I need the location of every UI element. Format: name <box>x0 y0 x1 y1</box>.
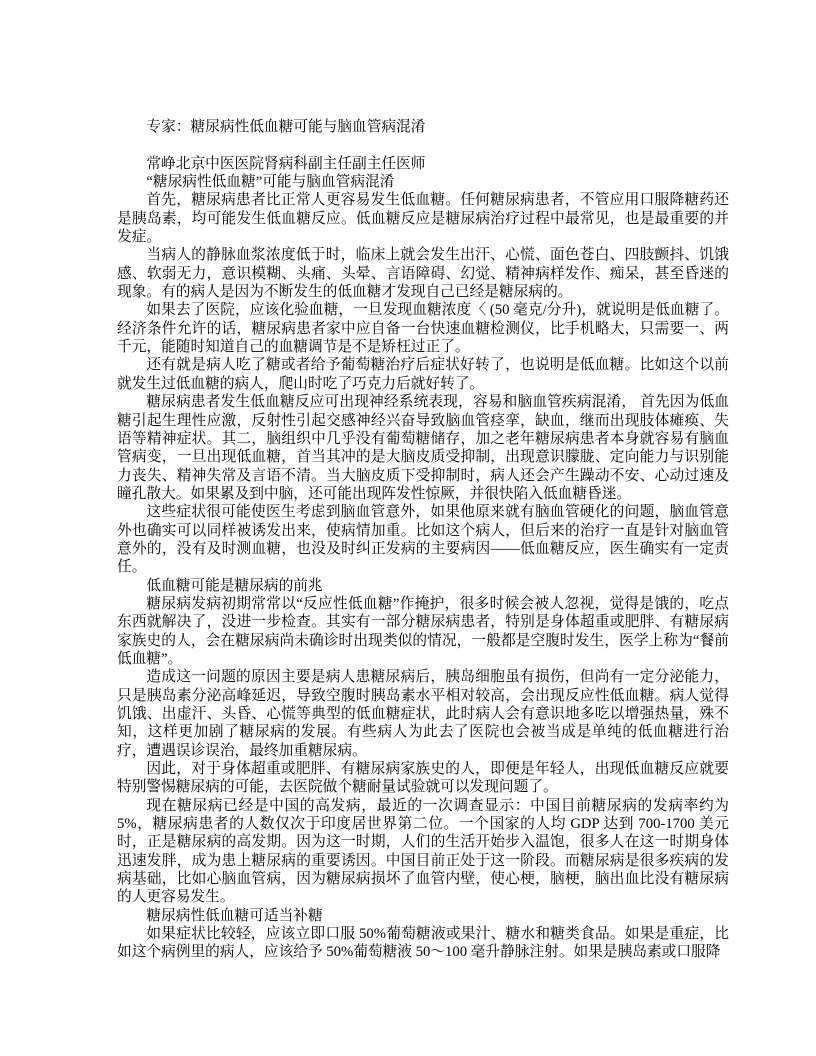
spacer-line <box>117 136 729 154</box>
byline: 常峥北京中医医院肾病科副主任副主任医师 <box>117 155 729 173</box>
paragraph: 糖尿病患者发生低血糖反应可出现神经系统表现，容易和脑血管疾病混淆， 首先因为低血… <box>117 393 729 503</box>
paragraph: 如果症状比较轻，应该立即口服 50%葡萄糖液或果汁、糖水和糖类食品。如果是重症，… <box>117 925 729 962</box>
paragraph: 当病人的静脉血浆浓度低于时，临床上就会发生出汗、心慌、面色苍白、四肢颤抖、饥饿感… <box>117 246 729 301</box>
section-heading: 糖尿病性低血糖可适当补糖 <box>117 907 729 925</box>
paragraph: 还有就是病人吃了糖或者给予葡萄糖治疗后症状好转了，也说明是低血糖。比如这个以前就… <box>117 356 729 393</box>
title-line: 专家：糖尿病性低血糖可能与脑血管病混淆 <box>117 118 729 136</box>
paragraph: 糖尿病发病初期常常以“反应性低血糖”作掩护，很多时候会被人忽视，觉得是饿的，吃点… <box>117 595 729 668</box>
paragraph: 因此，对于身体超重或肥胖、有糖尿病家族史的人，即便是年轻人，出现低血糖反应就要特… <box>117 760 729 797</box>
document-body: 专家：糖尿病性低血糖可能与脑血管病混淆常峥北京中医医院肾病科副主任副主任医师“糖… <box>117 118 729 962</box>
section-heading: 低血糖可能是糖尿病的前兆 <box>117 577 729 595</box>
paragraph: 这些症状很可能使医生考虑到脑血管意外，如果他原来就有脑血管硬化的问题，脑血管意外… <box>117 503 729 576</box>
paragraph: 造成这一问题的原因主要是病人患糖尿病后，胰岛细胞虽有损伤，但尚有一定分泌能力，只… <box>117 668 729 760</box>
document-page: 专家：糖尿病性低血糖可能与脑血管病混淆常峥北京中医医院肾病科副主任副主任医师“糖… <box>0 0 816 1056</box>
paragraph: 现在糖尿病已经是中国的高发病，最近的一次调查显示：中国目前糖尿病的发病率约为 5… <box>117 797 729 907</box>
section-heading: “糖尿病性低血糖”可能与脑血管病混淆 <box>117 173 729 191</box>
paragraph: 如果去了医院，应该化验血糖，一旦发现血糖浓度〈 (50 毫克/分升)，就说明是低… <box>117 301 729 356</box>
paragraph: 首先，糖尿病患者比正常人更容易发生低血糖。任何糖尿病患者，不管应用口服降糖药还是… <box>117 191 729 246</box>
